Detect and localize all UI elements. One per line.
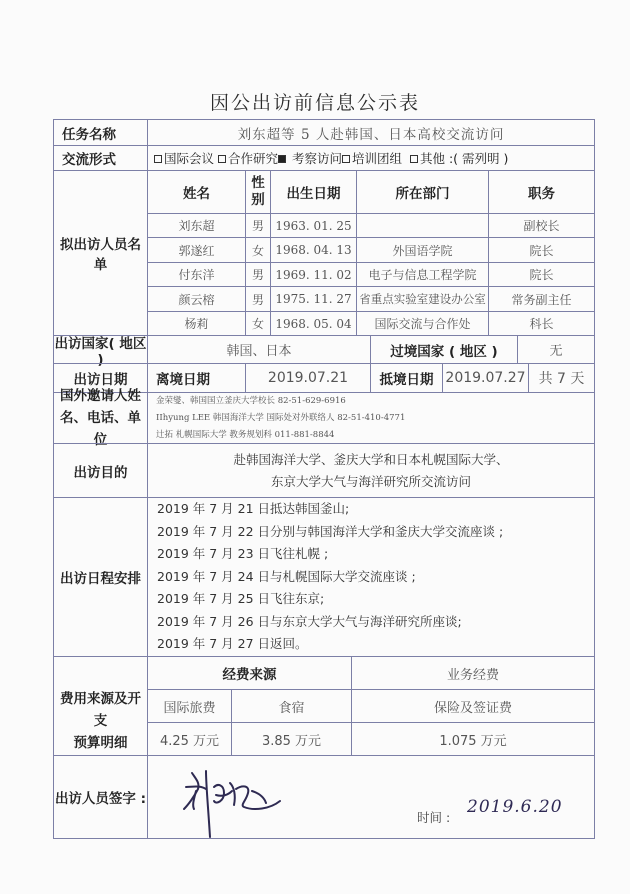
return-label: 抵境日期: [370, 363, 443, 393]
header-gender: 性 别: [245, 170, 271, 214]
option-inspection[interactable]: 考察访问: [278, 149, 342, 167]
transit-value: 无: [517, 335, 595, 364]
person-gender: 男: [245, 262, 271, 287]
budget-item-amount: 4.25 万元: [147, 722, 232, 756]
person-name: 郭遂红: [147, 237, 246, 263]
person-birth: 1968. 05. 04: [270, 311, 357, 336]
option-other[interactable]: 其他 :( 需列明 ): [410, 149, 508, 167]
purpose-value: 赴韩国海洋大学、釜庆大学和日本札幌国际大学、 东京大学大气与海洋研究所交流访问: [147, 443, 595, 498]
person-name: 颜云榕: [147, 286, 246, 312]
person-dept: 省重点实验室建设办公室: [356, 286, 489, 312]
schedule-list: 2019 年 7 月 21 日抵达韩国釜山; 2019 年 7 月 22 日分别…: [147, 497, 595, 657]
task-label: 任务名称: [53, 119, 148, 146]
schedule-item: 2019 年 7 月 24 日与札幌国际大学交流座谈 ;: [157, 566, 416, 589]
person-title: 副校长: [488, 213, 595, 238]
person-dept: [356, 213, 489, 238]
inviter-item: 金荣燮、韩国国立釜庆大学校长 82-51-629-6916: [156, 393, 346, 410]
exchange-form-label: 交流形式: [53, 145, 148, 171]
person-birth: 1968. 04. 13: [270, 237, 357, 263]
person-title: 常务副主任: [488, 286, 595, 312]
option-research[interactable]: 合作研究: [218, 149, 278, 167]
schedule-label: 出访日程安排: [53, 497, 148, 657]
depart-date: 2019.07.21: [245, 363, 371, 393]
inviters-list: 金荣燮、韩国国立釜庆大学校长 82-51-629-6916 IIhyung LE…: [147, 392, 595, 444]
person-gender: 女: [245, 311, 271, 336]
purpose-label: 出访目的: [53, 443, 148, 498]
person-title: 科长: [488, 311, 595, 336]
person-birth: 1963. 01. 25: [270, 213, 357, 238]
exchange-form-options: 国际会议 合作研究 考察访问 培训团组 其他 :( 需列明 ): [147, 145, 595, 171]
budget-source-value: 业务经费: [351, 656, 595, 690]
option-conference[interactable]: 国际会议: [154, 149, 214, 167]
header-birth: 出生日期: [270, 170, 357, 214]
option-training[interactable]: 培训团组: [342, 149, 402, 167]
person-birth: 1969. 11. 02: [270, 262, 357, 287]
schedule-item: 2019 年 7 月 22 日分别与韩国海洋大学和釜庆大学交流座谈 ;: [157, 521, 503, 544]
budget-item-amount: 3.85 万元: [231, 722, 352, 756]
header-name: 姓名: [147, 170, 246, 214]
handwritten-signature: [180, 765, 290, 845]
person-gender: 女: [245, 237, 271, 263]
header-title: 职务: [488, 170, 595, 214]
person-gender: 男: [245, 213, 271, 238]
signature-time-label: 时间 :: [417, 808, 450, 826]
person-birth: 1975. 11. 27: [270, 286, 357, 312]
person-dept: 国际交流与合作处: [356, 311, 489, 336]
header-dept: 所在部门: [356, 170, 489, 214]
total-days: 共 7 天: [528, 363, 595, 393]
countries-value: 韩国、日本: [147, 335, 371, 364]
person-name: 杨莉: [147, 311, 246, 336]
person-title: 院长: [488, 262, 595, 287]
transit-label: 过境国家 ( 地区 ): [370, 335, 518, 364]
checkbox-unchecked-icon: [342, 155, 350, 163]
checkbox-unchecked-icon: [410, 155, 418, 163]
person-gender: 男: [245, 286, 271, 312]
signature-label: 出访人员签字 :: [53, 755, 148, 839]
checkbox-unchecked-icon: [154, 155, 162, 163]
personnel-label: 拟出访人员名单: [53, 170, 148, 336]
schedule-item: 2019 年 7 月 21 日抵达韩国釜山;: [157, 498, 349, 521]
budget-label: 费用来源及开支 预算明细: [53, 656, 148, 756]
checkbox-unchecked-icon: [218, 155, 226, 163]
signature-time-value: 2019.6.20: [467, 797, 563, 817]
task-value: 刘东超等 5 人赴韩国、日本高校交流访问: [147, 119, 595, 146]
inviters-label: 国外邀请人姓 名、电话、单位: [53, 392, 148, 444]
schedule-item: 2019 年 7 月 25 日飞往东京;: [157, 588, 324, 611]
return-date: 2019.07.27: [442, 363, 529, 393]
person-name: 付东洋: [147, 262, 246, 287]
depart-label: 离境日期: [147, 363, 246, 393]
budget-source-label: 经费来源: [147, 656, 352, 690]
countries-label: 出访国家( 地区 ): [53, 335, 148, 364]
budget-item-name: 保险及签证费: [351, 689, 595, 723]
person-title: 院长: [488, 237, 595, 263]
budget-item-amount: 1.075 万元: [351, 722, 595, 756]
inviter-item: 辻拓 札幌国际大学 教务规划科 011-881-8844: [156, 427, 334, 444]
checkbox-checked-icon: [278, 155, 286, 163]
schedule-item: 2019 年 7 月 23 日飞往札幌 ;: [157, 543, 328, 566]
person-dept: 外国语学院: [356, 237, 489, 263]
budget-item-name: 国际旅费: [147, 689, 232, 723]
inviter-item: IIhyung LEE 韩国海洋大学 国际处对外联络人 82-51-410-47…: [156, 410, 405, 427]
budget-item-name: 食宿: [231, 689, 352, 723]
person-name: 刘东超: [147, 213, 246, 238]
person-dept: 电子与信息工程学院: [356, 262, 489, 287]
schedule-item: 2019 年 7 月 26 日与东京大学大气与海洋研究所座谈;: [157, 611, 462, 634]
schedule-item: 2019 年 7 月 27 日返回。: [157, 633, 308, 656]
document-title: 因公出访前信息公示表: [0, 88, 630, 115]
